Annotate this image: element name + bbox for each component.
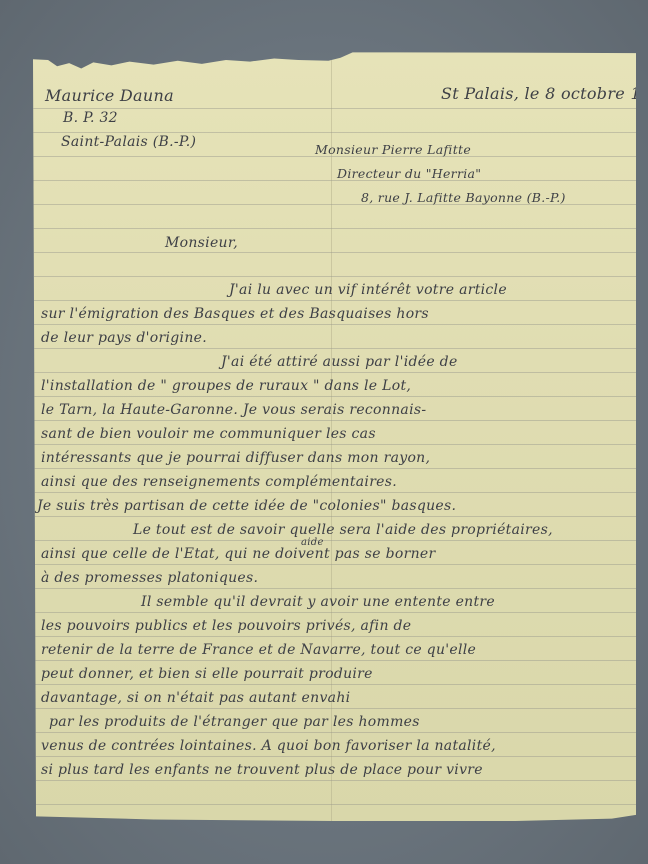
- body-line: sant de bien vouloir me communiquer les …: [41, 426, 376, 442]
- ruled-line: [33, 180, 636, 181]
- ruled-line: [33, 684, 636, 685]
- ruled-line: [33, 252, 636, 253]
- recipient-line-3: 8, rue J. Lafitte Bayonne (B.-P.): [361, 190, 566, 205]
- body-line: J'ai lu avec un vif intérêt votre articl…: [229, 282, 507, 298]
- recipient-line-2: Directeur du "Herria": [337, 166, 481, 181]
- body-line: Je suis très partisan de cette idée de "…: [37, 498, 456, 514]
- body-line: Il semble qu'il devrait y avoir une ente…: [141, 594, 495, 610]
- ruled-line: [33, 372, 636, 373]
- body-line: sur l'émigration des Basques et des Basq…: [41, 306, 429, 322]
- ruled-line: [33, 564, 636, 565]
- ruled-line: [33, 324, 636, 325]
- ruled-line: [33, 348, 636, 349]
- body-line: intéressants que je pourrai diffuser dan…: [41, 450, 430, 466]
- ruled-line: [33, 300, 636, 301]
- sender-name: Maurice Dauna: [45, 86, 174, 105]
- ruled-line: [33, 420, 636, 421]
- ruled-line: [33, 444, 636, 445]
- body-line: les pouvoirs publics et les pouvoirs pri…: [41, 618, 411, 634]
- body-line: de leur pays d'origine.: [41, 330, 207, 346]
- ruled-line: [33, 612, 636, 613]
- sender-box: B. P. 32: [63, 110, 118, 126]
- body-line: davantage, si on n'était pas autant enva…: [41, 690, 350, 706]
- sender-town: Saint-Palais (B.-P.): [61, 134, 196, 150]
- ruled-line: [33, 108, 636, 109]
- body-line: par les produits de l'étranger que par l…: [49, 714, 420, 730]
- ruled-line: [33, 468, 636, 469]
- body-line: si plus tard les enfants ne trouvent plu…: [41, 762, 483, 778]
- ruled-line: [33, 588, 636, 589]
- ruled-line: [33, 228, 636, 229]
- place-date: St Palais, le 8 octobre 1946: [441, 84, 648, 103]
- body-line: le Tarn, la Haute-Garonne. Je vous serai…: [41, 402, 426, 418]
- ruled-line: [33, 396, 636, 397]
- ruled-line: [33, 708, 636, 709]
- ruled-line: [33, 276, 636, 277]
- ruled-line: [33, 780, 636, 781]
- letter-page: Maurice Dauna B. P. 32 Saint-Palais (B.-…: [33, 50, 636, 821]
- ruled-line: [33, 516, 636, 517]
- ruled-line: [33, 492, 636, 493]
- body-line: retenir de la terre de France et de Nava…: [41, 642, 476, 658]
- ruled-line: [33, 636, 636, 637]
- body-line: l'installation de " groupes de ruraux " …: [41, 378, 411, 394]
- body-line: venus de contrées lointaines. A quoi bon…: [41, 738, 496, 754]
- recipient-line-1: Monsieur Pierre Lafitte: [315, 142, 471, 157]
- body-line: ainsi que celle de l'Etat, qui ne doiven…: [41, 546, 435, 562]
- ruled-line: [33, 660, 636, 661]
- body-line: J'ai été attiré aussi par l'idée de: [221, 354, 458, 370]
- body-line: Le tout est de savoir quelle sera l'aide…: [133, 522, 553, 538]
- ruled-line: [33, 132, 636, 133]
- ruled-line: [33, 540, 636, 541]
- ruled-line: [33, 732, 636, 733]
- ruled-line: [33, 756, 636, 757]
- salutation: Monsieur,: [165, 235, 238, 251]
- body-line: ainsi que des renseignements complémenta…: [41, 474, 397, 490]
- ruled-line: [33, 804, 636, 805]
- body-line: à des promesses platoniques.: [41, 570, 258, 586]
- body-line: peut donner, et bien si elle pourrait pr…: [41, 666, 373, 682]
